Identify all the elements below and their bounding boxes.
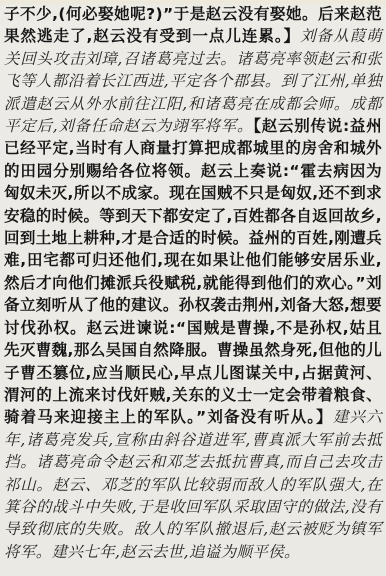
document-page: 子不少,(何必娶她呢?)”于是赵云没有娶她。后来赵范果然逃走了,赵云没有受到一点… [0,0,386,576]
paragraph: 子不少,(何必娶她呢?)”于是赵云没有娶她。后来赵范果然逃走了,赵云没有受到一点… [4,3,382,563]
commentary-segment-biezhuan: 【赵云别传说:益州已经平定,当时有人商量打算把成都城里的房舍和城外的田园分别赐给… [4,117,382,426]
narrative-segment-2: 建兴六年,诸葛亮发兵,宣称由斜谷道进军,曹真派大军前去抵挡。诸葛亮命令赵云和邓芝… [4,408,382,560]
